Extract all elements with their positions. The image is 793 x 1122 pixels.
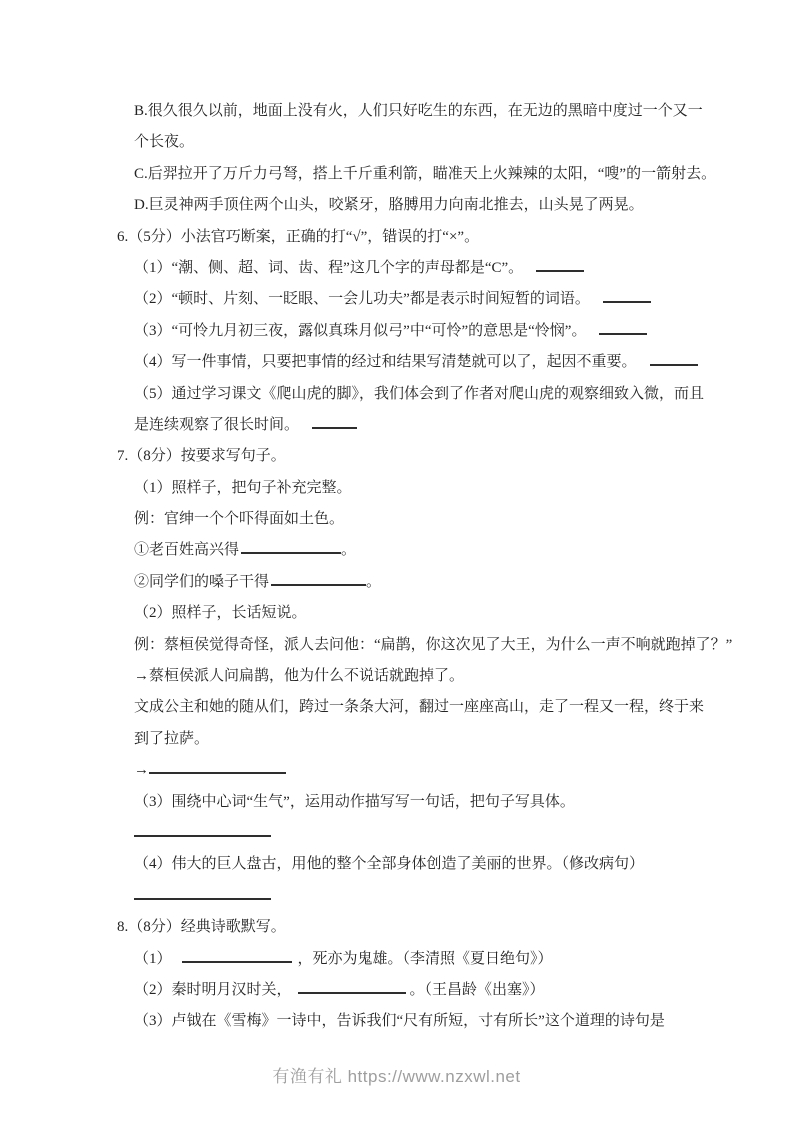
q5-option-b-line1: B.很久很久以前，地面上没有火，人们只好吃生的东西，在无边的黑暗中度过一个又一 bbox=[0, 96, 793, 127]
answer-blank bbox=[298, 979, 406, 994]
q7-item-3-answer bbox=[0, 818, 793, 849]
q6-item-3: （3）“可怜九月初三夜，露似真珠月似弓”中“可怜”的意思是“怜悯”。 bbox=[0, 316, 793, 347]
q5-option-c: C.后羿拉开了万斤力弓弩，搭上千斤重利箭，瞄准天上火辣辣的太阳，“嗖”的一箭射去… bbox=[0, 159, 793, 190]
q7-item-2-passage-line2: 到了拉萨。 bbox=[0, 724, 793, 755]
q8-item-2: （2）秦时明月汉时关，。（王昌龄《出塞》） bbox=[0, 975, 793, 1006]
text-segment: 6.（5分）小法官巧断案，正确的打“√”，错误的打“×”。 bbox=[117, 229, 479, 245]
q8-item-3: （3）卢钺在《雪梅》一诗中，告诉我们“尺有所短，寸有所长”这个道理的诗句是 bbox=[0, 1006, 793, 1037]
q7-stem: 7.（8分）按要求写句子。 bbox=[0, 441, 793, 472]
text-segment: （4）伟大的巨人盘古，用他的整个全部身体创造了美丽的世界。（修改病句） bbox=[134, 856, 644, 872]
q8-item-1: （1），死亦为鬼雄。（李清照《夏日绝句》） bbox=[0, 944, 793, 975]
q6-item-5-line2: 是连续观察了很长时间。 bbox=[0, 410, 793, 441]
text-segment: （1） bbox=[134, 951, 172, 967]
q6-stem: 6.（5分）小法官巧断案，正确的打“√”，错误的打“×”。 bbox=[0, 222, 793, 253]
text-segment: （1）“潮、侧、超、词、齿、程”这几个字的声母都是“C”。 bbox=[134, 260, 523, 276]
answer-blank bbox=[241, 539, 341, 554]
text-segment: （3）围绕中心词“生气”，运用动作描写写一句话，把句子写具体。 bbox=[134, 794, 575, 810]
text-segment: 7.（8分）按要求写句子。 bbox=[117, 448, 286, 464]
text-segment: （5）通过学习课文《爬山虎的脚》，我们体会到了作者对爬山虎的观察细致入微，而且 bbox=[134, 386, 704, 402]
text-segment: （3）“可怜九月初三夜，露似真珠月似弓”中“可怜”的意思是“怜悯”。 bbox=[134, 323, 586, 339]
text-segment: （2）秦时明月汉时关， bbox=[134, 982, 292, 998]
text-segment: （4）写一件事情，只要把事情的经过和结果写清楚就可以了，起因不重要。 bbox=[134, 354, 637, 370]
text-segment: （2）照样子，长话短说。 bbox=[134, 605, 307, 621]
text-segment: ，死亦为鬼雄。（李清照《夏日绝句》） bbox=[298, 951, 553, 967]
text-segment: 。 bbox=[366, 574, 381, 590]
text-segment: 8.（8分）经典诗歌默写。 bbox=[117, 919, 286, 935]
q7-item-3: （3）围绕中心词“生气”，运用动作描写写一句话，把句子写具体。 bbox=[0, 787, 793, 818]
text-segment: B.很久很久以前，地面上没有火，人们只好吃生的东西，在无边的黑暗中度过一个又一 bbox=[134, 103, 703, 119]
q7-item-4-answer bbox=[0, 881, 793, 912]
q6-item-2: （2）“顿时、片刻、一眨眼、一会儿功夫”都是表示时间短暂的词语。 bbox=[0, 284, 793, 315]
q8-stem: 8.（8分）经典诗歌默写。 bbox=[0, 912, 793, 943]
text-segment: 例：蔡桓侯觉得奇怪，派人去问他：“扁鹊，你这次见了大王，为什么一声不响就跑掉了？… bbox=[134, 637, 732, 653]
answer-blank bbox=[271, 571, 366, 586]
text-segment: 例：官绅一个个吓得面如土色。 bbox=[134, 511, 344, 527]
text-segment: ①老百姓高兴得 bbox=[134, 542, 239, 558]
text-segment: D.巨灵神两手顶住两个山头，咬紧牙，胳膊用力向南北推去，山头晃了两晃。 bbox=[134, 197, 644, 213]
q5-option-d: D.巨灵神两手顶住两个山头，咬紧牙，胳膊用力向南北推去，山头晃了两晃。 bbox=[0, 190, 793, 221]
q7-item-1: （1）照样子，把句子补充完整。 bbox=[0, 473, 793, 504]
answer-blank bbox=[536, 257, 584, 272]
answer-blank bbox=[312, 414, 357, 429]
page-footer: 有渔有礼 https://www.nzxwl.net bbox=[0, 1062, 793, 1087]
text-segment: 是连续观察了很长时间。 bbox=[134, 417, 299, 433]
q7-item-2-passage-line1: 文成公主和她的随从们，跨过一条条大河，翻过一座座高山，走了一程又一程，终于来 bbox=[0, 692, 793, 723]
answer-blank bbox=[650, 351, 698, 366]
text-segment: （3）卢钺在《雪梅》一诗中，告诉我们“尺有所短，寸有所长”这个道理的诗句是 bbox=[134, 1013, 665, 1029]
text-segment: 。 bbox=[341, 542, 356, 558]
q7-item-1-example: 例：官绅一个个吓得面如土色。 bbox=[0, 504, 793, 535]
text-segment: 文成公主和她的随从们，跨过一条条大河，翻过一座座高山，走了一程又一程，终于来 bbox=[134, 699, 704, 715]
q7-item-2-example-line1: 例：蔡桓侯觉得奇怪，派人去问他：“扁鹊，你这次见了大王，为什么一声不响就跑掉了？… bbox=[0, 630, 793, 661]
q7-item-2: （2）照样子，长话短说。 bbox=[0, 598, 793, 629]
text-segment: 到了拉萨。 bbox=[134, 731, 209, 747]
q7-item-4: （4）伟大的巨人盘古，用他的整个全部身体创造了美丽的世界。（修改病句） bbox=[0, 849, 793, 880]
text-segment: C.后羿拉开了万斤力弓弩，搭上千斤重利箭，瞄准天上火辣辣的太阳，“嗖”的一箭射去… bbox=[134, 166, 716, 182]
q7-item-1-sub1: ①老百姓高兴得。 bbox=[0, 535, 793, 566]
q6-item-5-line1: （5）通过学习课文《爬山虎的脚》，我们体会到了作者对爬山虎的观察细致入微，而且 bbox=[0, 379, 793, 410]
text-segment: → bbox=[134, 762, 149, 778]
answer-blank bbox=[182, 948, 292, 963]
q7-item-2-example-line2: →蔡桓侯派人问扁鹊，他为什么不说话就跑掉了。 bbox=[0, 661, 793, 692]
answer-blank bbox=[149, 759, 286, 774]
q7-item-1-sub2: ②同学们的嗓子干得。 bbox=[0, 567, 793, 598]
text-segment: →蔡桓侯派人问扁鹊，他为什么不说话就跑掉了。 bbox=[134, 668, 464, 684]
text-segment: （1）照样子，把句子补充完整。 bbox=[134, 480, 352, 496]
answer-blank bbox=[599, 320, 647, 335]
exam-body: B.很久很久以前，地面上没有火，人们只好吃生的东西，在无边的黑暗中度过一个又一个… bbox=[0, 96, 793, 1038]
text-segment: ②同学们的嗓子干得 bbox=[134, 574, 269, 590]
text-segment: 。（王昌龄《出塞》） bbox=[410, 982, 545, 998]
exam-page: B.很久很久以前，地面上没有火，人们只好吃生的东西，在无边的黑暗中度过一个又一个… bbox=[0, 0, 793, 1122]
q7-item-2-answer: → bbox=[0, 755, 793, 786]
footer-watermark-text: 有渔有礼 https://www.nzxwl.net bbox=[272, 1067, 520, 1086]
text-segment: （2）“顿时、片刻、一眨眼、一会儿功夫”都是表示时间短暂的词语。 bbox=[134, 291, 590, 307]
answer-blank bbox=[134, 885, 271, 900]
answer-blank bbox=[134, 822, 271, 837]
q6-item-4: （4）写一件事情，只要把事情的经过和结果写清楚就可以了，起因不重要。 bbox=[0, 347, 793, 378]
q6-item-1: （1）“潮、侧、超、词、齿、程”这几个字的声母都是“C”。 bbox=[0, 253, 793, 284]
q5-option-b-line2: 个长夜。 bbox=[0, 127, 793, 158]
answer-blank bbox=[603, 288, 651, 303]
text-segment: 个长夜。 bbox=[134, 134, 194, 150]
